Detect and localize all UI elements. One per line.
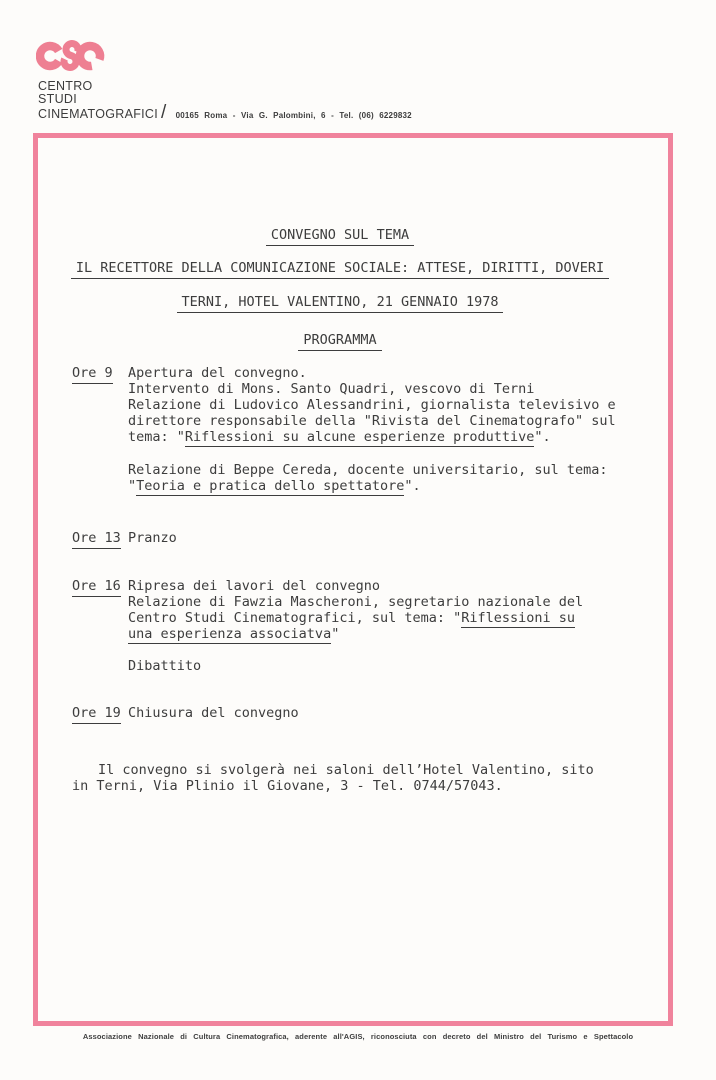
underlined-theme: Riflessioni su alcune esperienze produtt… [185,429,535,447]
time-label: Ore 9 [72,365,128,494]
programme-line: Centro Studi Cinematografici, sul tema: … [128,610,668,626]
programme-entry-ore13: Ore 13 Pranzo [72,530,668,546]
org-name: CENTRO STUDI CINEMATOGRAFICI / 00165 Rom… [38,80,412,122]
programme-line: Relazione di Fawzia Mascheroni, segretar… [128,594,668,610]
programme-line: Ripresa dei lavori del convegno [128,578,668,594]
entry-text: Ripresa dei lavori del convegno Relazion… [128,578,668,674]
letterhead: CENTRO STUDI CINEMATOGRAFICI / 00165 Rom… [38,34,412,122]
closing-paragraph: Il convegno si svolgerà nei saloni dell’… [38,762,668,794]
programme-line: Intervento di Mons. Santo Quadri, vescov… [128,381,668,397]
underlined-theme: una esperienza associatva [128,626,331,644]
programme-line: Pranzo [128,530,668,546]
scanned-document-page: CENTRO STUDI CINEMATOGRAFICI / 00165 Rom… [0,0,716,1080]
programme-line: Apertura del convegno. [128,365,668,381]
title-theme: IL RECETTORE DELLA COMUNICAZIONE SOCIALE… [38,261,642,276]
underlined-theme: Riflessioni su [461,610,575,628]
closing-line: in Terni, Via Plinio il Giovane, 3 - Tel… [72,778,668,794]
programme-line: direttore responsabile della "Rivista de… [128,413,668,429]
entry-text: Pranzo [128,530,668,546]
pink-border-frame: CONVEGNO SUL TEMA IL RECETTORE DELLA COM… [33,133,673,1026]
programme-entry-ore9: Ore 9 Apertura del convegno. Intervento … [72,365,668,494]
programme-line: Chiusura del convegno [128,705,668,721]
org-name-line3: CINEMATOGRAFICI [38,108,158,121]
programme-line: tema: "Riflessioni su alcune esperienze … [128,429,668,445]
org-name-line1: CENTRO [38,80,412,93]
underlined-theme: Teoria e pratica dello spettatore [136,478,404,496]
title-convegno: CONVEGNO SUL TEMA [38,228,642,243]
programme-line: "Teoria e pratica dello spettatore". [128,478,668,494]
org-name-line2: STUDI [38,93,412,106]
programme-line: una esperienza associatva" [128,626,668,642]
org-address: 00165 Roma - Via G. Palombini, 6 - Tel. … [176,109,412,122]
entry-text: Apertura del convegno. Intervento di Mon… [128,365,668,494]
programme-line: Relazione di Ludovico Alessandrini, gior… [128,397,668,413]
time-label: Ore 13 [72,530,128,546]
time-label: Ore 16 [72,578,128,674]
footer-note: Associazione Nazionale di Cultura Cinema… [0,1032,716,1041]
programme-line: Relazione di Beppe Cereda, docente unive… [128,462,668,478]
time-label: Ore 19 [72,705,128,721]
slash-divider: / [161,106,167,119]
title-venue-date: TERNI, HOTEL VALENTINO, 21 GENNAIO 1978 [38,295,642,310]
programme-entry-ore16: Ore 16 Ripresa dei lavori del convegno R… [72,578,668,674]
csc-logo-icon [36,34,106,78]
programme-line: Dibattito [128,658,668,674]
programme-heading: PROGRAMMA [38,333,642,348]
programme-entry-ore19: Ore 19 Chiusura del convegno [72,705,668,721]
entry-text: Chiusura del convegno [128,705,668,721]
programme-entries: Ore 9 Apertura del convegno. Intervento … [38,365,668,721]
document-body: CONVEGNO SUL TEMA IL RECETTORE DELLA COM… [38,138,668,1021]
closing-line: Il convegno si svolgerà nei saloni dell’… [72,762,668,778]
document-titles: CONVEGNO SUL TEMA IL RECETTORE DELLA COM… [38,138,642,348]
